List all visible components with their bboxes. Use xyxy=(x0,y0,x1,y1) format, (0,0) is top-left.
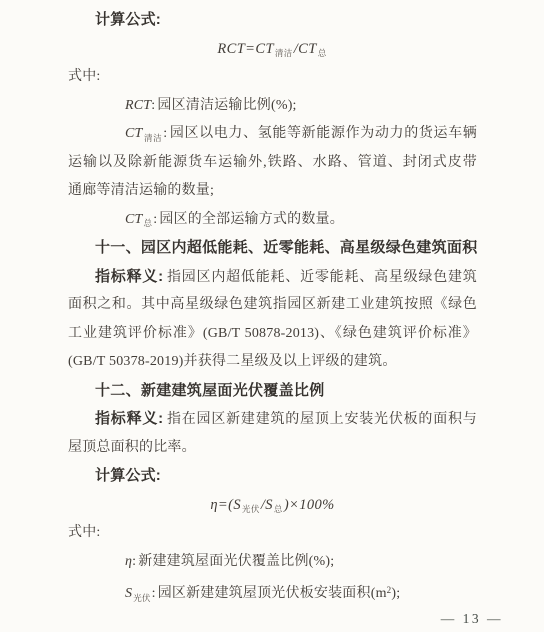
formula-subscript-clean: 清洁 xyxy=(275,48,293,58)
definition-desc-s-pv: 园区新建建筑屋顶光伏板安装面积(m xyxy=(158,586,387,601)
formula-pv-coverage: η=(S光伏/S总)×100% xyxy=(68,491,477,520)
section-11-definition-line2: 面积之和。其中高星级绿色建筑指园区新建工业建筑按照《绿色 xyxy=(68,291,477,320)
formula-part: )×100% xyxy=(284,497,335,513)
definition-term-ct-total: CT xyxy=(125,212,143,227)
formula-subscript-total: 总 xyxy=(318,48,327,58)
definition-ct-total: CT总:园区的全部运输方式的数量。 xyxy=(68,206,477,235)
section-12-definition-text: 指在园区新建建筑的屋顶上安装光伏板的面积与 xyxy=(166,412,477,427)
section-11-definition-text: 指园区内超低能耗、近零能耗、高星级绿色建筑 xyxy=(166,270,477,285)
definition-desc-ct-total: 园区的全部运输方式的数量。 xyxy=(159,212,344,227)
definition-colon: : xyxy=(163,126,167,141)
indicator-definition-label: 指标释义: xyxy=(95,410,163,427)
indicator-definition-label: 指标释义: xyxy=(95,268,163,285)
formula-subscript-total: 总 xyxy=(274,504,283,514)
definition-s-pv: S光伏:园区新建建筑屋顶光伏板安装面积(m2); xyxy=(68,576,477,605)
calc-formula-label-transport: 计算公式: xyxy=(68,6,477,35)
definition-colon: : xyxy=(132,554,136,569)
document-page: 计算公式: RCT=CT清洁/CT总 式中: RCT:园区清洁运输比例(%); … xyxy=(0,0,544,632)
term-subscript-clean: 清洁 xyxy=(144,133,163,143)
calc-formula-label-text: 计算公式: xyxy=(95,11,161,28)
definition-rct: RCT:园区清洁运输比例(%); xyxy=(68,92,477,121)
section-11-definition-line1: 指标释义:指园区内超低能耗、近零能耗、高星级绿色建筑 xyxy=(68,263,477,292)
formula-subscript-pv: 光伏 xyxy=(242,504,260,514)
section-12-definition-line2: 屋顶总面积的比率。 xyxy=(68,434,477,463)
formula-part: RCT=CT xyxy=(217,41,274,57)
definition-ct-clean-line3: 通廊等清洁运输的数量; xyxy=(68,177,477,206)
definition-desc-s-pv-tail: ); xyxy=(391,586,400,601)
where-label-transport: 式中: xyxy=(68,63,477,92)
page-number: — 13 — xyxy=(68,605,503,632)
definition-desc-ct-clean: 园区以电力、氢能等新能源作为动力的货运车辆 xyxy=(169,126,477,141)
definition-term-ct-clean: CT xyxy=(125,126,143,141)
definition-eta: η:新建建筑屋面光伏覆盖比例(%); xyxy=(68,548,477,577)
definition-term-rct: RCT xyxy=(125,98,151,113)
formula-clean-transport-ratio: RCT=CT清洁/CT总 xyxy=(68,35,477,64)
definition-desc-eta: 新建建筑屋面光伏覆盖比例(%); xyxy=(138,554,334,569)
definition-term-s-pv: S xyxy=(125,586,132,601)
term-subscript-pv: 光伏 xyxy=(133,593,150,603)
definition-colon: : xyxy=(153,212,157,227)
definition-ct-clean-line2: 运输以及除新能源货车运输外,铁路、水路、管道、封闭式皮带 xyxy=(68,149,477,178)
section-12-heading: 十二、新建建筑屋面光伏覆盖比例 xyxy=(68,377,477,406)
section-11-definition-line4: (GB/T 50378-2019)并获得二星级及以上评级的建筑。 xyxy=(68,348,477,377)
section-11-heading: 十一、园区内超低能耗、近零能耗、高星级绿色建筑面积 xyxy=(68,234,477,263)
formula-part: /S xyxy=(261,497,273,513)
term-subscript-total: 总 xyxy=(144,218,153,228)
where-label-pv: 式中: xyxy=(68,519,477,548)
definition-colon: : xyxy=(151,98,155,113)
definition-desc-rct: 园区清洁运输比例(%); xyxy=(157,98,296,113)
formula-part: η=(S xyxy=(210,497,241,513)
definition-ct-clean-line1: CT清洁:园区以电力、氢能等新能源作为动力的货运车辆 xyxy=(68,120,477,149)
section-11-definition-line3: 工业建筑评价标准》(GB/T 50878-2013)、《绿色建筑评价标准》 xyxy=(68,320,477,349)
section-12-definition-line1: 指标释义:指在园区新建建筑的屋顶上安装光伏板的面积与 xyxy=(68,405,477,434)
calc-formula-label-text: 计算公式: xyxy=(95,467,161,484)
formula-part: /CT xyxy=(294,41,317,57)
definition-colon: : xyxy=(152,586,156,601)
calc-formula-label-pv: 计算公式: xyxy=(68,462,477,491)
